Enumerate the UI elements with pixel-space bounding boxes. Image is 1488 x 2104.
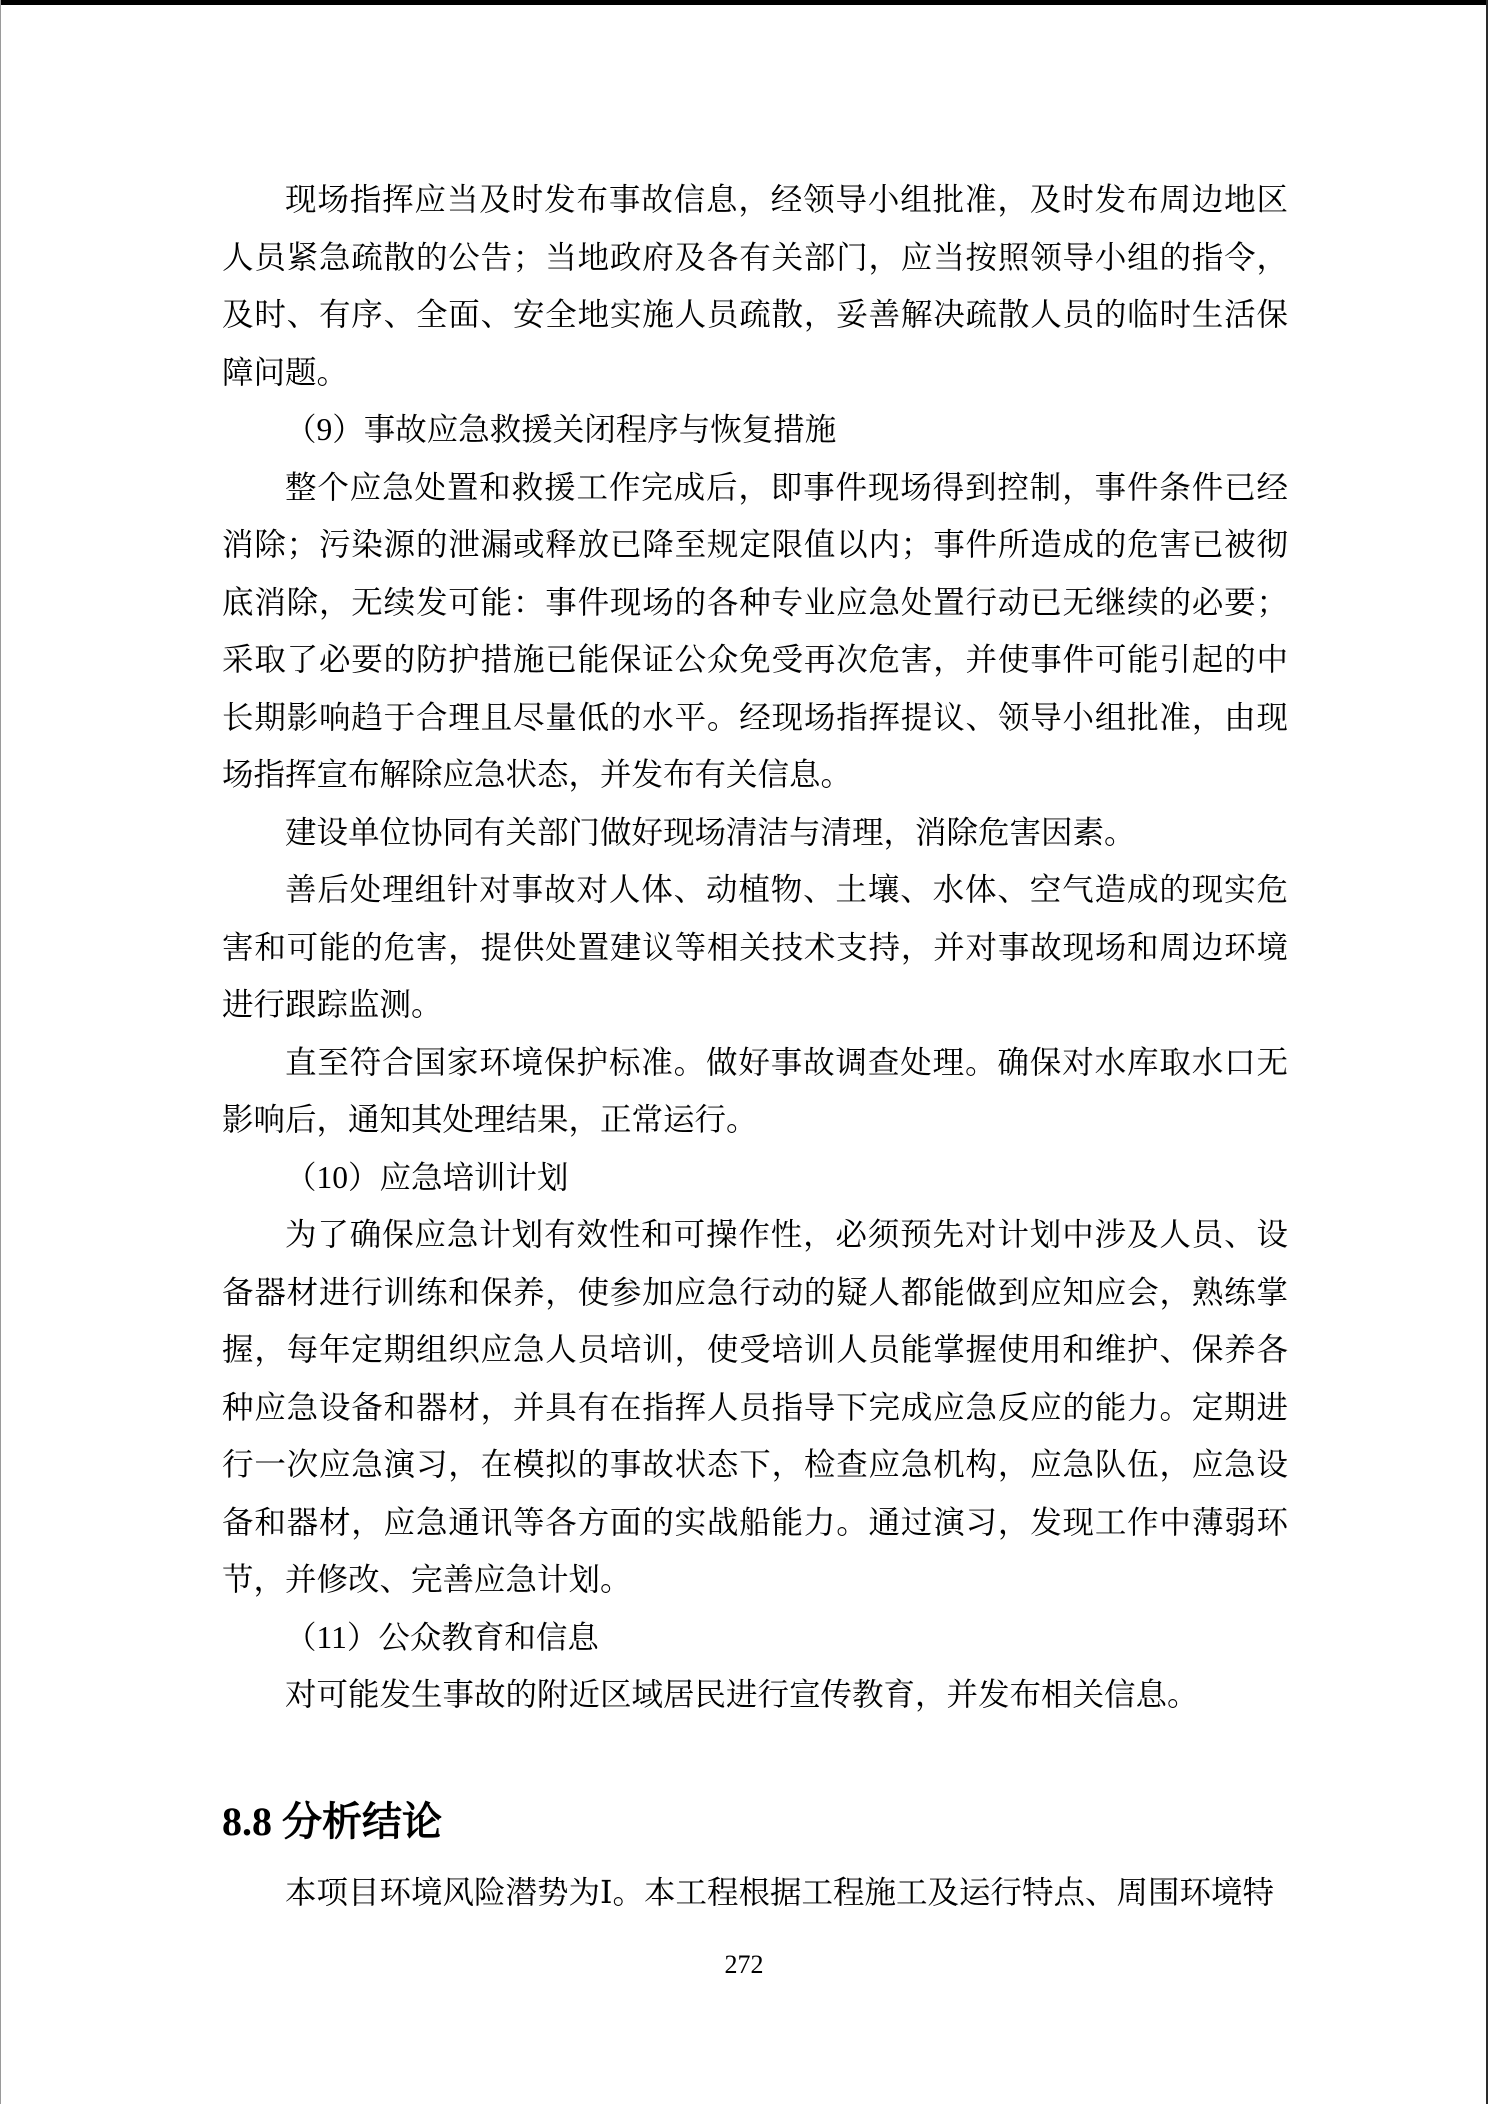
paragraph-aftermath-group: 善后处理组针对事故对人体、动植物、土壤、水体、空气造成的现实危害和可能的危害，提… xyxy=(222,861,1288,1034)
document-page: { "content": { "paragraphs": [ { "text":… xyxy=(0,0,1488,2104)
section-heading-8-8: 8.8 分析结论 xyxy=(222,1792,1288,1852)
screenshot-border-left xyxy=(0,0,1,2104)
paragraph-closure-procedure: 整个应急处置和救援工作完成后，即事件现场得到控制，事件条件已经消除；污染源的泄漏… xyxy=(222,459,1288,804)
paragraph-item-11-heading: （11）公众教育和信息 xyxy=(222,1609,1288,1667)
paragraph-evacuation-notice: 现场指挥应当及时发布事故信息，经领导小组批准，及时发布周边地区人员紧急疏散的公告… xyxy=(222,171,1288,401)
paragraph-public-education: 对可能发生事故的附近区域居民进行宣传教育，并发布相关信息。 xyxy=(222,1666,1288,1724)
paragraph-item-10-heading: （10）应急培训计划 xyxy=(222,1149,1288,1207)
paragraph-item-9-heading: （9）事故应急救援关闭程序与恢复措施 xyxy=(222,401,1288,459)
paragraph-standards-compliance: 直至符合国家环境保护标准。做好事故调查处理。确保对水库取水口无影响后，通知其处理… xyxy=(222,1034,1288,1149)
screenshot-border-top xyxy=(0,0,1488,5)
paragraph-training-plan: 为了确保应急计划有效性和可操作性，必须预先对计划中涉及人员、设备器材进行训练和保… xyxy=(222,1206,1288,1609)
paragraph-conclusion-start: 本项目环境风险潜势为Ⅰ。本工程根据工程施工及运行特点、周围环境特 xyxy=(222,1864,1288,1922)
document-text-block: 现场指挥应当及时发布事故信息，经领导小组批准，及时发布周边地区人员紧急疏散的公告… xyxy=(222,171,1288,1921)
paragraph-site-cleanup: 建设单位协同有关部门做好现场清洁与清理，消除危害因素。 xyxy=(222,804,1288,862)
page-number: 272 xyxy=(0,1950,1488,1980)
